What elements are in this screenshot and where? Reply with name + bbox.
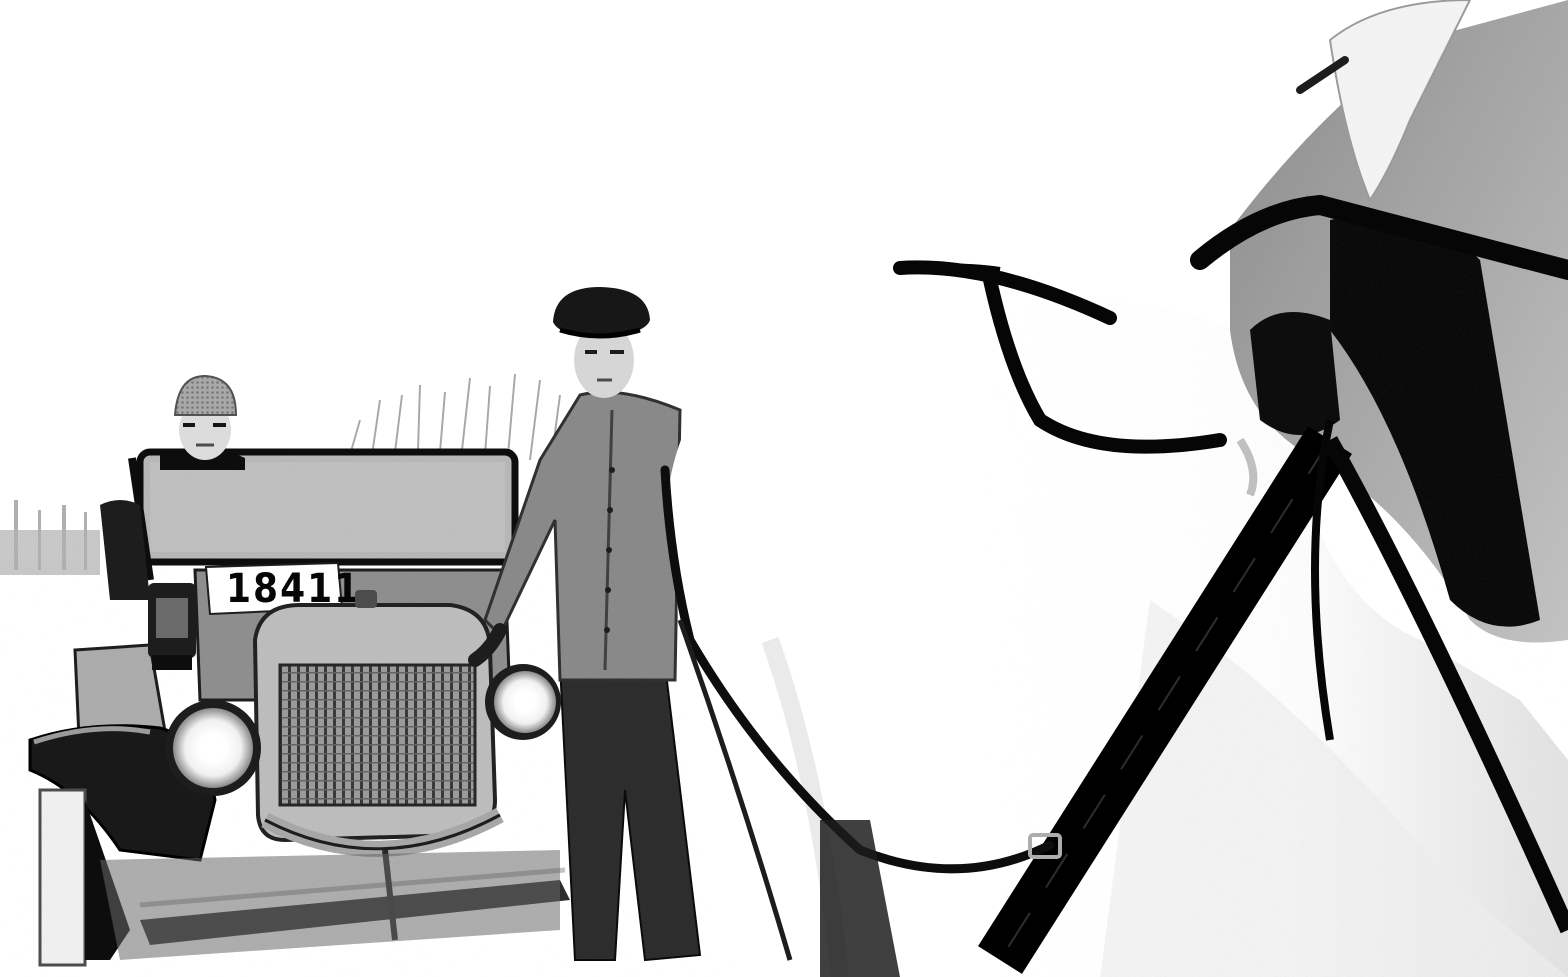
headlamp-right bbox=[485, 664, 561, 740]
headlamp-left bbox=[165, 700, 261, 796]
front-wheel bbox=[40, 790, 85, 965]
vintage-photo: 18411 bbox=[0, 0, 1568, 977]
side-lamp bbox=[148, 583, 196, 670]
radiator-grille bbox=[280, 665, 475, 805]
photo-canvas: 18411 bbox=[0, 0, 1568, 977]
